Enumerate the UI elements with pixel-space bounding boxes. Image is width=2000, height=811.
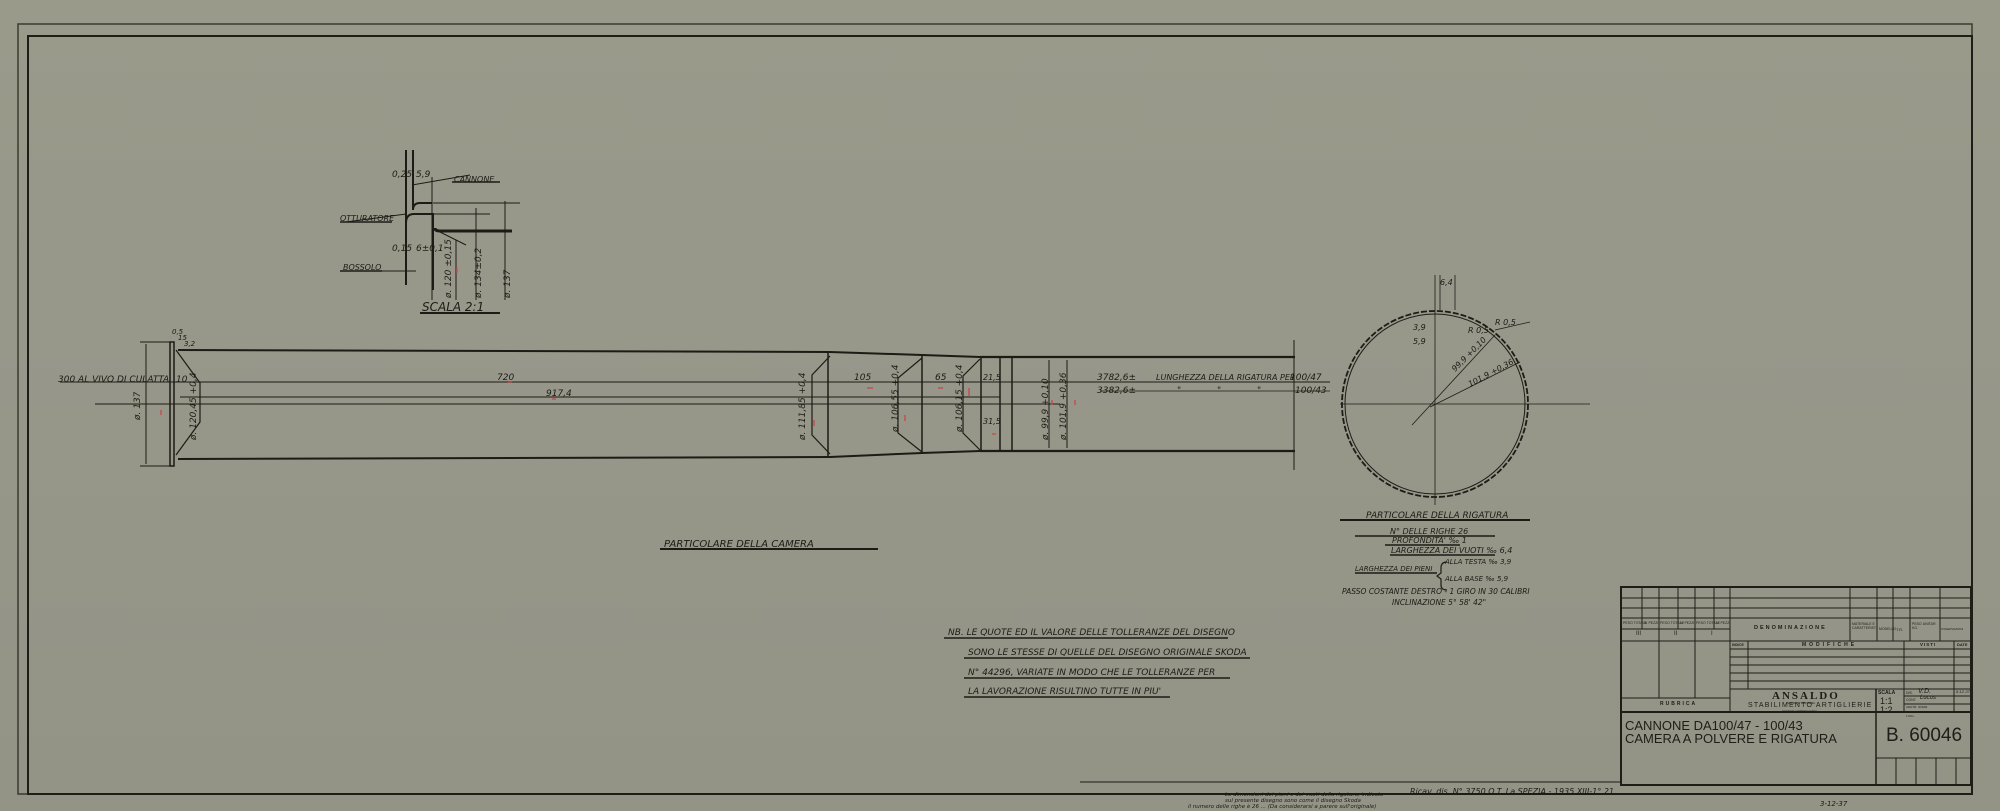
svg-text:LARGHEZZA DEI VUOTI ‰ 6,4: LARGHEZZA DEI VUOTI ‰ 6,4 bbox=[1391, 546, 1512, 555]
svg-text:6±0,1: 6±0,1 bbox=[416, 244, 444, 254]
svg-text:ø. 106,55 +0,4: ø. 106,55 +0,4 bbox=[891, 364, 901, 433]
svg-text:ø. 106,15 +0,4: ø. 106,15 +0,4 bbox=[955, 364, 965, 433]
svg-text:917,4: 917,4 bbox=[546, 389, 572, 399]
svg-text:PARTICOLARE DELLA CAMERA: PARTICOLARE DELLA CAMERA bbox=[664, 539, 814, 550]
svg-text:Ricav. dis. N° 3750 O.T. La S: Ricav. dis. N° 3750 O.T. La SPEZIA - 193… bbox=[1410, 787, 1614, 796]
header-n-pezzi-2: N. PEZZI bbox=[1680, 621, 1694, 625]
svg-text:LUNGHEZZA DELLA RIGATURA PER: LUNGHEZZA DELLA RIGATURA PER bbox=[1156, 373, 1295, 382]
dis-signature: V.D. bbox=[1918, 688, 1931, 695]
svg-text:0,25: 0,25 bbox=[392, 170, 412, 180]
svg-text:6,4: 6,4 bbox=[1440, 278, 1453, 287]
svg-text:R 0,5: R 0,5 bbox=[1468, 326, 1489, 335]
scale-1-2: 1:2 bbox=[1880, 705, 1893, 715]
svg-text:R 0,5: R 0,5 bbox=[1495, 318, 1516, 327]
note-block: NB. LE QUOTE ED IL VALORE DELLE TOLLERAN… bbox=[944, 628, 1250, 697]
header-n-pezzi-1: N. PEZZI bbox=[1716, 621, 1730, 625]
title-block: PESO TOTALE N. PEZZI PESO TOTALE N. PEZZ… bbox=[1620, 586, 1972, 786]
chamber-labels: 300 AL VIVO DI CULATTA ø. 137 ø. 120,45 … bbox=[58, 328, 1327, 550]
modifiche-label: MODIFICHE bbox=[1802, 642, 1857, 648]
svg-text:INCLINAZIONE 5° 58' 42": INCLINAZIONE 5° 58' 42" bbox=[1392, 598, 1486, 607]
svg-text:PROFONDITA' ‰ 1: PROFONDITA' ‰ 1 bbox=[1392, 536, 1467, 545]
footer-notes: Ricav. dis. N° 3750 O.T. La SPEZIA - 193… bbox=[1080, 782, 1848, 810]
visti-label: VISTI bbox=[1920, 642, 1936, 647]
svg-text:ø. 111,85 +0,4: ø. 111,85 +0,4 bbox=[798, 372, 808, 441]
svg-text:CANNONE: CANNONE bbox=[454, 175, 495, 184]
svg-text:OTTURATORE: OTTURATORE bbox=[340, 214, 395, 223]
svg-text:21,5: 21,5 bbox=[983, 373, 1001, 382]
svg-text:ø. 101,9 +0,36: ø. 101,9 +0,36 bbox=[1059, 372, 1069, 441]
svg-text:10: 10 bbox=[176, 375, 188, 385]
header-n-pezzi-3: N. PEZZI bbox=[1644, 621, 1658, 625]
svg-text:100/43: 100/43 bbox=[1295, 386, 1327, 396]
svg-text:ø. 134±0,2: ø. 134±0,2 bbox=[474, 247, 484, 299]
svg-text:ø. 137: ø. 137 bbox=[503, 269, 513, 299]
plant-location: GENOVA-CORNIGLIANO bbox=[1782, 709, 1817, 713]
cont-signature: Lucus bbox=[1920, 695, 1936, 701]
svg-text:PASSO COSTANTE DESTRO - 1 GIRO: PASSO COSTANTE DESTRO - 1 GIRO IN 30 CAL… bbox=[1342, 587, 1530, 596]
svg-text:3,9: 3,9 bbox=[1413, 323, 1426, 332]
svg-text:ø. 120 ±0,15: ø. 120 ±0,15 bbox=[444, 239, 454, 299]
centr-norm-label: CENTR. NORM. bbox=[1906, 705, 1928, 709]
detail-scale-labels: 0,25 5,9 0,15 6±0,1 CANNONE OTTURATORE B… bbox=[340, 170, 513, 314]
group-iii: III bbox=[1636, 631, 1641, 637]
indice-label: INDICE bbox=[1732, 643, 1744, 647]
svg-text:ALLA TESTA ‰ 3,9: ALLA TESTA ‰ 3,9 bbox=[1444, 558, 1512, 566]
cont-label: CONT. bbox=[1906, 698, 1917, 702]
svg-text:": " bbox=[1257, 386, 1261, 396]
svg-text:101,9 +0,36: 101,9 +0,36 bbox=[1467, 357, 1515, 388]
svg-text:105: 105 bbox=[854, 373, 871, 383]
svg-text:ALLA BASE ‰ 5,9: ALLA BASE ‰ 5,9 bbox=[1444, 575, 1509, 583]
svg-text:LARGHEZZA DEI PIENI: LARGHEZZA DEI PIENI bbox=[1355, 565, 1432, 573]
rubrica-label: RUBRICA bbox=[1660, 701, 1697, 707]
svg-text:NB. LE QUOTE ED IL VALORE DELL: NB. LE QUOTE ED IL VALORE DELLE TOLLERAN… bbox=[948, 628, 1235, 638]
denominazione-label: DENOMINAZIONE bbox=[1754, 625, 1827, 631]
svg-text:0,15: 0,15 bbox=[392, 244, 412, 254]
svg-text:ø. 137: ø. 137 bbox=[133, 391, 143, 421]
group-i: I bbox=[1711, 631, 1713, 637]
rifling-labels: 6,4 3,9 5,9 R 0,5 R 0,5 99,9 +0,10 101,9… bbox=[1342, 278, 1530, 607]
peso-unitario-label: PESO UNITAR. KG. bbox=[1912, 622, 1938, 630]
svg-text:31,5: 31,5 bbox=[983, 417, 1001, 426]
title-block-grid bbox=[1622, 588, 1970, 784]
svg-text:LA LAVORAZIONE RISULTINO TUTTE: LA LAVORAZIONE RISULTINO TUTTE IN PIU' bbox=[968, 687, 1161, 697]
svg-text:ø. 99,9 +0,10: ø. 99,9 +0,10 bbox=[1041, 378, 1051, 441]
osservazioni-label: OSSERVAZIONI bbox=[1941, 627, 1963, 631]
svg-text:": " bbox=[1177, 386, 1181, 396]
svg-text:SCALA 2:1: SCALA 2:1 bbox=[422, 300, 484, 314]
svg-text:3,2: 3,2 bbox=[184, 340, 196, 348]
svg-text:SONO LE STESSE DI QUELLE DEL D: SONO LE STESSE DI QUELLE DEL DISEGNO ORI… bbox=[968, 648, 1247, 658]
plant-name: STABILIMENTO ARTIGLIERIE bbox=[1748, 702, 1873, 709]
svg-text:ø. 120,45 +0,4: ø. 120,45 +0,4 bbox=[189, 372, 199, 441]
date-label: DATE bbox=[1957, 642, 1968, 647]
svg-text:N° 44296, VARIATE IN MODO CHE: N° 44296, VARIATE IN MODO CHE LE TOLLERA… bbox=[968, 668, 1215, 678]
dis-date: 9-12-37 bbox=[1956, 689, 1970, 694]
svg-text:65: 65 bbox=[935, 373, 947, 383]
modello-label: MODELLO bbox=[1879, 627, 1896, 631]
svg-text:3382,6±: 3382,6± bbox=[1097, 386, 1136, 396]
tr-label: T.R. bbox=[1896, 627, 1903, 632]
svg-text:5,9: 5,9 bbox=[416, 170, 431, 180]
svg-text:": " bbox=[1217, 386, 1221, 396]
blueprint-sheet: 0,25 5,9 0,15 6±0,1 CANNONE OTTURATORE B… bbox=[0, 0, 2000, 811]
svg-text:5,9: 5,9 bbox=[1413, 337, 1426, 346]
svg-text:100/47: 100/47 bbox=[1290, 373, 1322, 383]
ing-label: L'ING. bbox=[1906, 714, 1914, 718]
svg-text:99,9 +0,10: 99,9 +0,10 bbox=[1450, 335, 1488, 373]
materiale-label: MATERIALE E CARATTERIST. bbox=[1852, 622, 1876, 630]
svg-text:3-12-37: 3-12-37 bbox=[1820, 800, 1848, 808]
svg-text:300 AL VIVO DI CULATTA: 300 AL VIVO DI CULATTA bbox=[58, 375, 169, 385]
svg-text:3782,6±: 3782,6± bbox=[1097, 373, 1136, 383]
svg-text:PARTICOLARE DELLA RIGATURA: PARTICOLARE DELLA RIGATURA bbox=[1366, 511, 1508, 521]
svg-text:il numero delle righe è 26 ...: il numero delle righe è 26 ... (Da consi… bbox=[1188, 803, 1376, 810]
chamber-view bbox=[60, 340, 1330, 549]
svg-text:BOSSOLO: BOSSOLO bbox=[343, 263, 381, 272]
title-line-2: CAMERA A POLVERE E RIGATURA bbox=[1625, 731, 1837, 746]
group-ii: II bbox=[1674, 631, 1677, 637]
drawing-number: B. 60046 bbox=[1886, 725, 1962, 747]
svg-text:N° DELLE RIGHE 26: N° DELLE RIGHE 26 bbox=[1390, 527, 1468, 536]
dis-label: DIS. bbox=[1906, 691, 1913, 695]
